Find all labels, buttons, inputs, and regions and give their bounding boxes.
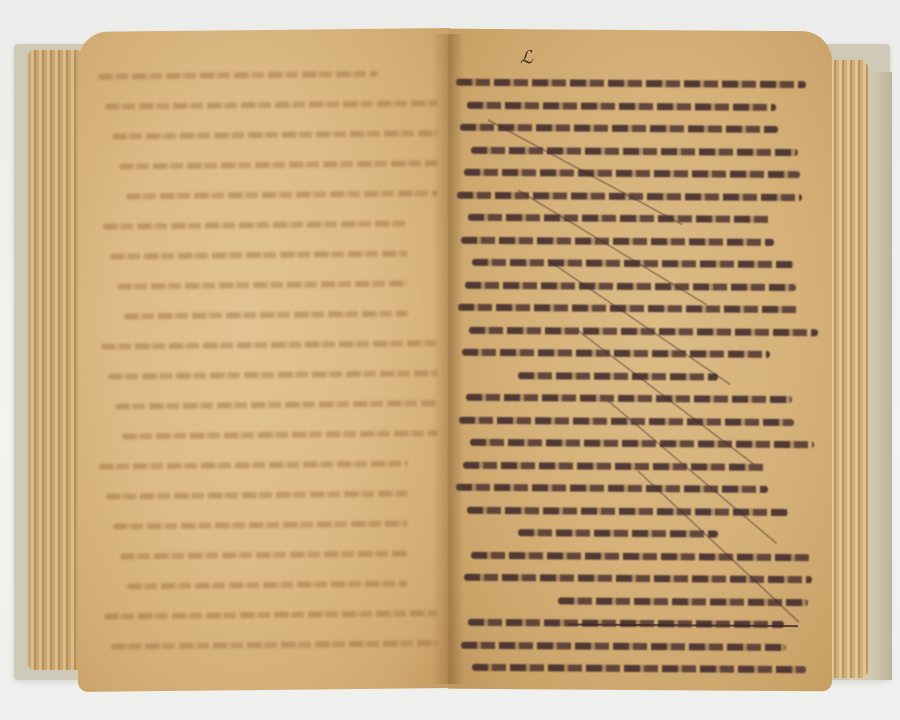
handwritten-line (456, 79, 806, 88)
faded-handwritten-line (115, 400, 438, 409)
faded-handwritten-line (108, 370, 438, 379)
faded-handwritten-line (110, 250, 408, 259)
handwritten-line (518, 372, 718, 380)
handwritten-line (464, 574, 812, 583)
right-page-handwriting: ℒ (448, 29, 832, 692)
book-gutter (432, 34, 464, 684)
handwritten-line (558, 597, 808, 606)
faded-handwritten-line (119, 160, 438, 169)
handwritten-line (463, 461, 766, 470)
faded-handwritten-line (112, 130, 438, 139)
faded-handwritten-line (105, 100, 438, 109)
faded-handwritten-line (111, 640, 438, 649)
faded-handwritten-line (101, 340, 438, 350)
faded-handwritten-line (117, 280, 408, 289)
handwritten-line (465, 281, 796, 290)
handwritten-line (456, 484, 768, 493)
faded-handwritten-line (103, 220, 408, 229)
handwritten-line (470, 439, 814, 448)
handwritten-line (468, 619, 784, 628)
handwritten-line (464, 169, 800, 178)
handwritten-line (461, 236, 774, 245)
right-page: ℒ (448, 29, 832, 692)
handwritten-line (518, 529, 718, 537)
faded-handwritten-line (104, 610, 438, 619)
faded-handwritten-line (124, 310, 408, 319)
right-page-heading-flourish: ℒ (520, 47, 533, 68)
left-page (78, 28, 450, 692)
faded-handwritten-line (98, 71, 378, 80)
faded-handwritten-line (120, 550, 408, 559)
handwritten-line (471, 146, 798, 155)
faded-handwritten-line (113, 520, 408, 529)
faded-handwritten-line (126, 190, 438, 199)
handwritten-line (472, 664, 806, 673)
handwritten-line (458, 304, 798, 313)
left-page-faded-handwriting (78, 28, 450, 692)
handwritten-line (468, 214, 772, 223)
handwritten-line (471, 551, 810, 560)
photo-scene: ℒ (0, 0, 900, 720)
handwritten-line (462, 349, 770, 358)
handwritten-line (469, 326, 818, 335)
handwritten-line (467, 101, 776, 110)
handwritten-line (461, 641, 786, 650)
faded-handwritten-line (127, 580, 408, 589)
faded-handwritten-line (122, 430, 438, 439)
ink-diagonal-stroke (547, 260, 731, 386)
faded-handwritten-line (106, 490, 408, 499)
faded-handwritten-line (99, 460, 408, 469)
handwritten-line (466, 394, 792, 403)
